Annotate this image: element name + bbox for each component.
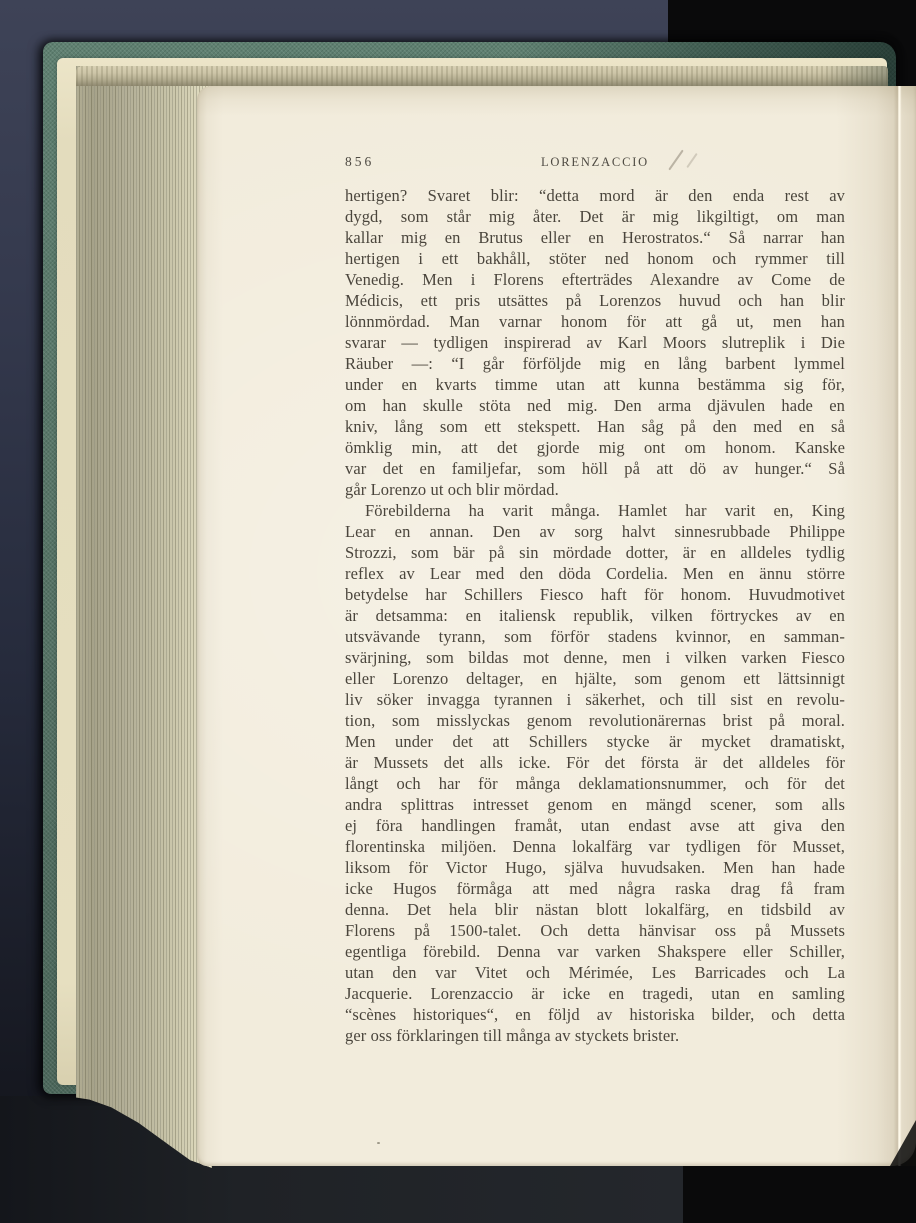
text-line: svarar — tydligen inspirerad av Karl Moo… <box>345 332 845 353</box>
running-title: LORENZACCIO <box>345 155 845 170</box>
page-text: hertigen? Svaret blir: “detta mord är de… <box>345 185 845 1046</box>
text-line: ömklig min, att det gjorde mig ont om ho… <box>345 437 845 458</box>
text-line: utsvävande tyrann, som förför stadens kv… <box>345 626 845 647</box>
text-line: florentinska miljöen. Denna lokalfärg va… <box>345 836 845 857</box>
text-line: under en kvarts timme utan att kunna bes… <box>345 374 845 395</box>
text-line: Men under det att Schillers stycke är my… <box>345 731 845 752</box>
text-line: är Mussets det alls icke. För det första… <box>345 752 845 773</box>
text-line: kniv, lång som ett stekspett. Han såg på… <box>345 416 845 437</box>
text-line: hertigen i ett bakhåll, stöter ned honom… <box>345 248 845 269</box>
text-line: liksom för Victor Hugo, själva huvudsake… <box>345 857 845 878</box>
text-line: betydelse har Schillers Fiesco haft för … <box>345 584 845 605</box>
text-line: Lear en annan. Den av sorg halvt sinnesr… <box>345 521 845 542</box>
text-line: kallar mig en Brutus eller en Herostrato… <box>345 227 845 248</box>
text-line: Räuber —: “I går förföljde mig en lång b… <box>345 353 845 374</box>
text-line: ej föra handlingen framåt, utan endast a… <box>345 815 845 836</box>
text-line: tion, som misslyckas genom revolutionäre… <box>345 710 845 731</box>
text-line: är detsamma: en italiensk republik, vilk… <box>345 605 845 626</box>
text-line: Jacquerie. Lorenzaccio är icke en traged… <box>345 983 845 1004</box>
text-line: ger oss förklaringen till många av styck… <box>345 1025 845 1046</box>
text-line: andra splittras intresset genom en mängd… <box>345 794 845 815</box>
text-line: Venedig. Men i Florens efterträdes Alexa… <box>345 269 845 290</box>
book-page: 856 LORENZACCIO hertigen? Svaret blir: “… <box>197 86 916 1166</box>
text-line: svärjning, som bildas mot denne, men i v… <box>345 647 845 668</box>
text-line: går Lorenzo ut och blir mördad. <box>345 479 845 500</box>
text-line: reflex av Lear med den döda Cordelia. Me… <box>345 563 845 584</box>
text-line: Förebilderna ha varit många. Hamlet har … <box>345 500 845 521</box>
page-block-top-edge <box>76 66 888 86</box>
text-line: Strozzi, som bär på sin mördade dotter, … <box>345 542 845 563</box>
text-line: Médicis, ett pris utsättes på Lorenzos h… <box>345 290 845 311</box>
text-line: långt och har för många deklamationsnumm… <box>345 773 845 794</box>
text-line: icke Hugos förmåga att med några raska d… <box>345 878 845 899</box>
text-line: utan den var Vitet och Mérimée, Les Barr… <box>345 962 845 983</box>
text-line: liv söker invagga tyrannen i säkerhet, o… <box>345 689 845 710</box>
text-line: var det en familjefar, som höll på att d… <box>345 458 845 479</box>
text-line: om han skulle stöta ned mig. Den arma dj… <box>345 395 845 416</box>
text-line: dygd, som står mig åter. Det är mig likg… <box>345 206 845 227</box>
page-header: 856 LORENZACCIO <box>345 154 845 176</box>
text-line: eller Lorenzo deltager, en hjälte, som g… <box>345 668 845 689</box>
page-block-fore-edge <box>76 66 212 1168</box>
paragraph: Förebilderna ha varit många. Hamlet har … <box>345 500 845 1046</box>
book-photo-scene: 856 LORENZACCIO hertigen? Svaret blir: “… <box>0 0 916 1223</box>
paper-speck <box>377 1142 380 1144</box>
text-line: lönnmördad. Man varnar honom för att gå … <box>345 311 845 332</box>
text-line: Florens på 1500-talet. Och detta hänvisa… <box>345 920 845 941</box>
text-line: “scènes historiques“, en följd av histor… <box>345 1004 845 1025</box>
text-line: denna. Det hela blir nästan blott lokalf… <box>345 899 845 920</box>
text-line: egentliga förebild. Denna var varken Sha… <box>345 941 845 962</box>
paragraph: hertigen? Svaret blir: “detta mord är de… <box>345 185 845 500</box>
text-line: hertigen? Svaret blir: “detta mord är de… <box>345 185 845 206</box>
page-gutter-shading <box>836 86 916 1166</box>
